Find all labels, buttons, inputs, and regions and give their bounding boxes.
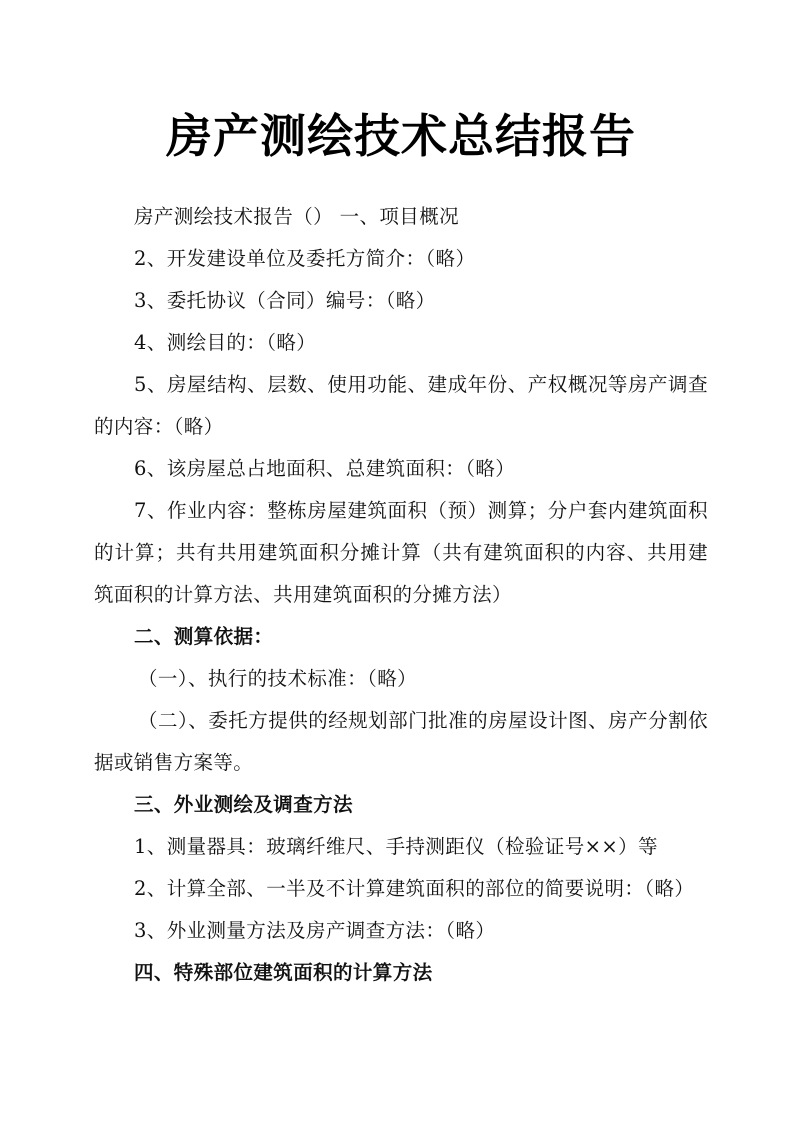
paragraph-project-overview: 房产测绘技术报告（） 一、项目概况 <box>94 196 708 238</box>
paragraph-client-documents: （二）、委托方提供的经规划部门批准的房屋设计图、房产分割依据或销售方案等。 <box>94 700 708 784</box>
heading-field-survey-methods: 三、外业测绘及调查方法 <box>94 784 708 826</box>
paragraph-technical-standards: （一）、执行的技术标准：（略） <box>94 658 708 700</box>
paragraph-building-survey-content: 5、房屋结构、层数、使用功能、建成年份、产权概况等房产调查的内容：（略） <box>94 364 708 448</box>
document-title: 房产测绘技术总结报告 <box>94 104 708 168</box>
paragraph-area-calculation-notes: 2、计算全部、一半及不计算建筑面积的部位的简要说明：（略） <box>94 868 708 910</box>
paragraph-contract-number: 3、委托协议（合同）编号：（略） <box>94 280 708 322</box>
paragraph-total-area: 6、该房屋总占地面积、总建筑面积：（略） <box>94 448 708 490</box>
paragraph-survey-purpose: 4、测绘目的：（略） <box>94 322 708 364</box>
paragraph-work-content: 7、作业内容：整栋房屋建筑面积（预）测算；分户套内建筑面积的计算；共有共用建筑面… <box>94 490 708 616</box>
document-body: 房产测绘技术报告（） 一、项目概况 2、开发建设单位及委托方简介：（略） 3、委… <box>94 196 708 994</box>
heading-calculation-basis: 二、测算依据： <box>94 616 708 658</box>
heading-special-area-calculation: 四、特殊部位建筑面积的计算方法 <box>94 952 708 994</box>
paragraph-developer-intro: 2、开发建设单位及委托方简介：（略） <box>94 238 708 280</box>
paragraph-measuring-instruments: 1、测量器具：玻璃纤维尺、手持测距仪（检验证号××）等 <box>94 826 708 868</box>
paragraph-field-methods: 3、外业测量方法及房产调查方法：（略） <box>94 910 708 952</box>
